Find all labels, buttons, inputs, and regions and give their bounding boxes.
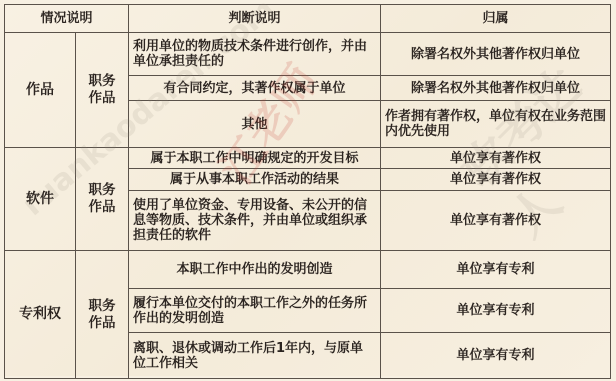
ownership-cell: 单位享有专利	[381, 251, 611, 289]
ownership-table: 情况说明 判断说明 归属 作品 职务作品 利用单位的物质技术条件进行创作，并由单…	[4, 4, 611, 379]
ownership-cell: 作者拥有著作权，单位有权在业务范围内优先使用	[381, 101, 611, 148]
judgment-cell: 利用单位的物质技术条件进行创作，并由单位承担责任的	[129, 33, 381, 76]
sub-line-1: 职务	[89, 73, 116, 89]
subcategory-patent: 职务作品	[76, 251, 129, 379]
table-container: 情况说明 判断说明 归属 作品 职务作品 利用单位的物质技术条件进行创作，并由单…	[4, 4, 610, 376]
header-row: 情况说明 判断说明 归属	[5, 5, 611, 33]
ownership-cell: 单位享有著作权	[381, 148, 611, 169]
judgment-cell: 其他	[129, 101, 381, 148]
header-ownership: 归属	[381, 5, 611, 33]
category-works: 作品	[5, 33, 76, 148]
sub-line-2: 作品	[89, 315, 116, 331]
table-row: 作品 职务作品 利用单位的物质技术条件进行创作，并由单位承担责任的 除署名权外其…	[5, 33, 611, 76]
category-patent: 专利权	[5, 251, 76, 379]
subcategory-software: 职务作品	[76, 148, 129, 251]
table-row: 专利权 职务作品 本职工作中作出的发明创造 单位享有专利	[5, 251, 611, 289]
ownership-cell: 单位享有专利	[381, 289, 611, 333]
ownership-cell: 单位享有著作权	[381, 191, 611, 251]
judgment-cell: 本职工作中作出的发明创造	[129, 251, 381, 289]
judgment-cell: 属于从事本职工作活动的结果	[129, 169, 381, 191]
ownership-cell: 除署名权外其他著作权归单位	[381, 33, 611, 76]
sub-line-2: 作品	[89, 90, 116, 106]
judgment-cell: 使用了单位资金、专用设备、未公开的信息等物质、技术条件，并由单位或组织承担责任的…	[129, 191, 381, 251]
judgment-cell: 离职、退休或调动工作后1年内，与原单位工作相关	[129, 333, 381, 379]
judgment-cell: 有合同约定，其著作权属于单位	[129, 76, 381, 101]
header-judgment: 判断说明	[129, 5, 381, 33]
ownership-cell: 单位享有著作权	[381, 169, 611, 191]
table-row: 软件 职务作品 属于本职工作中明确规定的开发目标 单位享有著作权	[5, 148, 611, 169]
header-situation: 情况说明	[5, 5, 129, 33]
sub-line-1: 职务	[89, 182, 116, 198]
ownership-cell: 除署名权外其他著作权归单位	[381, 76, 611, 101]
sub-line-1: 职务	[89, 298, 116, 314]
judgment-cell: 履行本单位交付的本职工作之外的任务所作出的发明创造	[129, 289, 381, 333]
judgment-cell: 属于本职工作中明确规定的开发目标	[129, 148, 381, 169]
subcategory-works: 职务作品	[76, 33, 129, 148]
category-software: 软件	[5, 148, 76, 251]
ownership-cell: 单位享有专利	[381, 333, 611, 379]
sub-line-2: 作品	[89, 199, 116, 215]
